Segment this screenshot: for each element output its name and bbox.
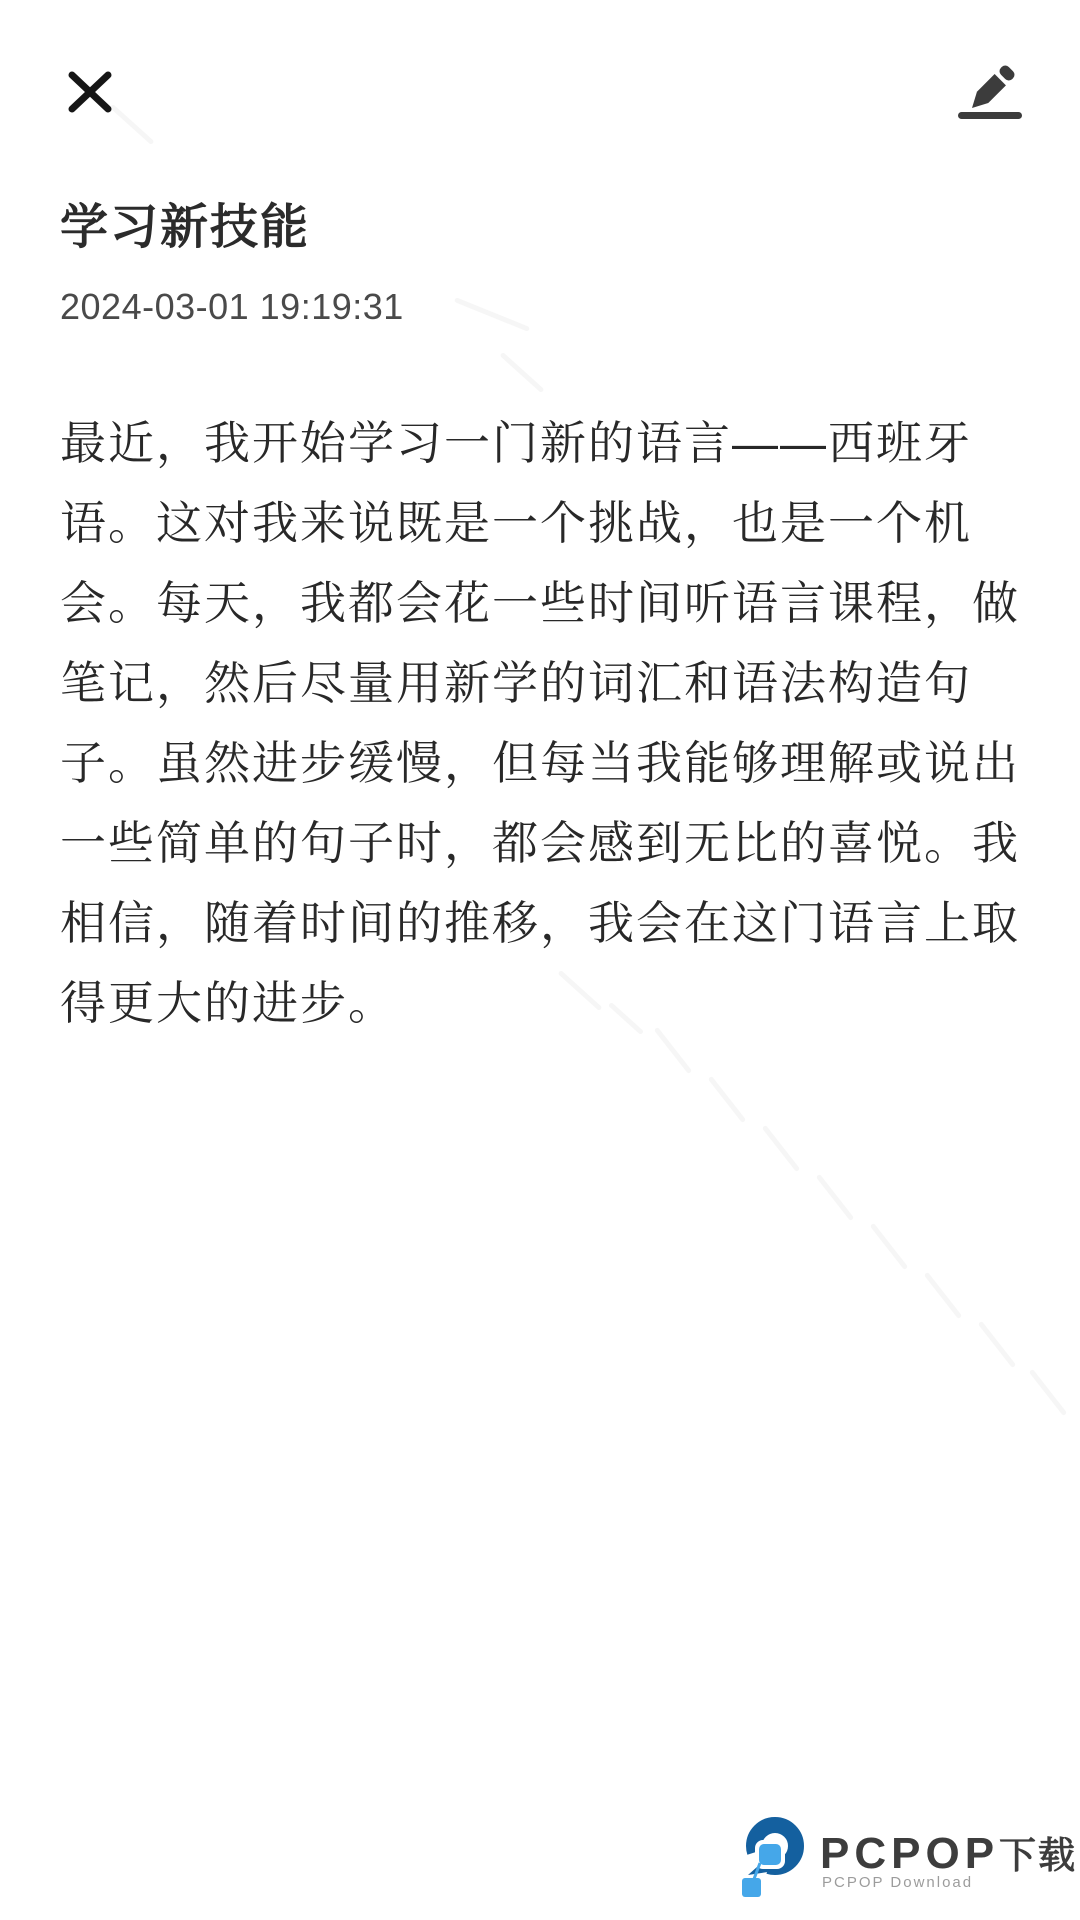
edit-button[interactable] [950, 50, 1032, 128]
note-title: 学习新技能 [60, 200, 310, 255]
faint-watermark-stroke [816, 1174, 854, 1221]
faint-watermark-stroke [110, 104, 155, 145]
note-body-line: 得更大的进步。 [60, 963, 1050, 1043]
faint-watermark-stroke [708, 1076, 746, 1123]
brand-name-latin: PCPOP [820, 1829, 999, 1878]
close-button[interactable] [60, 63, 120, 121]
note-body-line: 子。虽然进步缓慢，但每当我能够理解或说出 [60, 723, 1050, 803]
note-body-line: 一些简单的句子时，都会感到无比的喜悦。我 [60, 803, 1050, 883]
close-icon [68, 71, 112, 113]
note-timestamp: 2024-03-01 19:19:31 [60, 287, 404, 327]
faint-watermark-stroke [454, 297, 530, 332]
brand-name-cjk: 下载 [999, 1835, 1077, 1876]
brand-name: PCPOP下载 [820, 1832, 1077, 1876]
note-body-line: 相信，随着时间的推移，我会在这门语言上取 [60, 883, 1050, 963]
note-viewer-screen: 学习新技能 2024-03-01 19:19:31 最近，我开始学习一门新的语言… [0, 0, 1080, 1920]
pcpop-logo-icon [742, 1817, 812, 1899]
faint-watermark-stroke [762, 1125, 800, 1172]
note-body-line: 语。这对我来说既是一个挑战，也是一个机 [60, 483, 1050, 563]
faint-watermark-stroke [500, 352, 545, 393]
note-body: 最近，我开始学习一门新的语言——西班牙 语。这对我来说既是一个挑战，也是一个机 … [60, 403, 1050, 1043]
brand-subtitle: PCPOP Download [822, 1874, 973, 1891]
note-body-line: 最近，我开始学习一门新的语言——西班牙 [60, 403, 1050, 483]
pencil-edit-icon [958, 58, 1024, 120]
note-body-line: 会。每天，我都会花一些时间听语言课程，做 [60, 563, 1050, 643]
faint-watermark-stroke [924, 1272, 962, 1319]
brand-watermark: PCPOP下载 PCPOP Download [742, 1817, 1080, 1907]
faint-watermark-stroke [978, 1321, 1016, 1368]
faint-watermark-stroke [870, 1223, 908, 1270]
faint-watermark-stroke [1029, 1369, 1067, 1416]
note-body-line: 笔记，然后尽量用新学的词汇和语法构造句 [60, 643, 1050, 723]
